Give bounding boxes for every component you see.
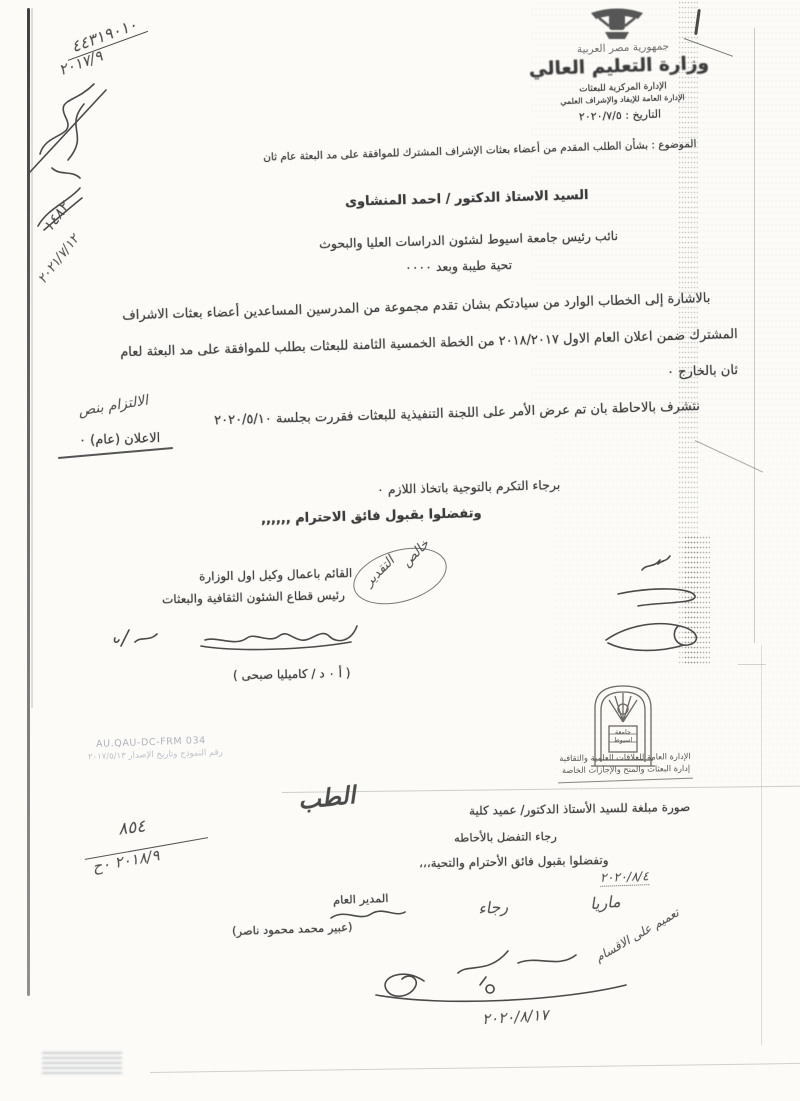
body-para2-line2: الاعلان (عام) ٠ [79, 431, 161, 448]
margin-scribble-icon [28, 178, 88, 238]
signatory-title-2: رئيس قطاع الشئون الثقافية والبعثات [162, 588, 345, 606]
scanned-letter-page: ٤٤٣١٩٠١٠ ٢٠١٧/٩ ١٤٨٢ ٢٠٢١/٧/١٢ جمهورية م… [0, 0, 800, 1101]
reg-number-line1: ٤٤٣١٩٠١٠ [61, 12, 148, 61]
outgoing-signature-icon [598, 548, 713, 663]
cc-line3: وتفضلوا بقبول فائق الأحترام والتحية،،، [418, 853, 608, 870]
inserted-handwritten-phrase: الالتزام بنص [77, 393, 149, 420]
body-para1-line3: ثان بالخارج ٠ [667, 363, 738, 380]
underline-annotation [58, 447, 173, 459]
signatory-name: ( أ ٠ د / كاميليا صبحى ) [232, 666, 350, 682]
cc-line1: صورة مبلغة للسيد الأستاذ الدكتور/ عميد ك… [469, 800, 690, 818]
page-edge-right [754, 28, 755, 643]
stamp-org-text: جامعةاسيوط [611, 728, 635, 744]
form-ref-code: AU.QAU-DC-FRM 034 [96, 735, 206, 750]
approver-signature-icon [362, 935, 642, 1010]
form-ref-arabic: رقم النموذج وتاريخ الإصدار ٢٠١٧/٥/١٣ [88, 748, 223, 763]
margin-number-2: ٢٠٢١/٧/١٢ [35, 232, 82, 287]
file-ref-number: ٨٥٤ [117, 816, 147, 839]
cc-faculty-handwritten: الطب [297, 781, 357, 815]
salutation: تحية طيبة وبعد ٠٠٠٠ [405, 257, 512, 275]
director-name: (عبير محمد محمود ناصر) [232, 920, 353, 938]
eagle-emblem-icon [585, 6, 649, 40]
note-date: ٢٠٢٠/٨/١٧ [481, 1006, 549, 1029]
approval-circle [347, 538, 454, 614]
note-word-1: ماريا [589, 892, 621, 914]
signatory-signature-icon [105, 612, 365, 657]
cc-date: ٢٠٢٠/٨/٤ [600, 868, 649, 887]
request-line: برجاء التكرم بالتوجية باتخاذ اللازم ٠ [377, 477, 561, 497]
closing-line: وتفضلوا بقبول فائق الاحترام ,,,,,, [261, 506, 482, 527]
cc-line2: رجاء التفضل بالأحاطه [454, 829, 557, 845]
signatory-title-1: القائم باعمال وكيل اول الوزارة [199, 566, 353, 584]
bottom-stamp-smudge [42, 1052, 122, 1076]
note-word-2: رجاء [477, 897, 509, 919]
undersheet-corner-v [761, 645, 762, 1045]
undersheet-corner-h [738, 664, 766, 665]
undersheet-bottom-edge [150, 1063, 800, 1073]
